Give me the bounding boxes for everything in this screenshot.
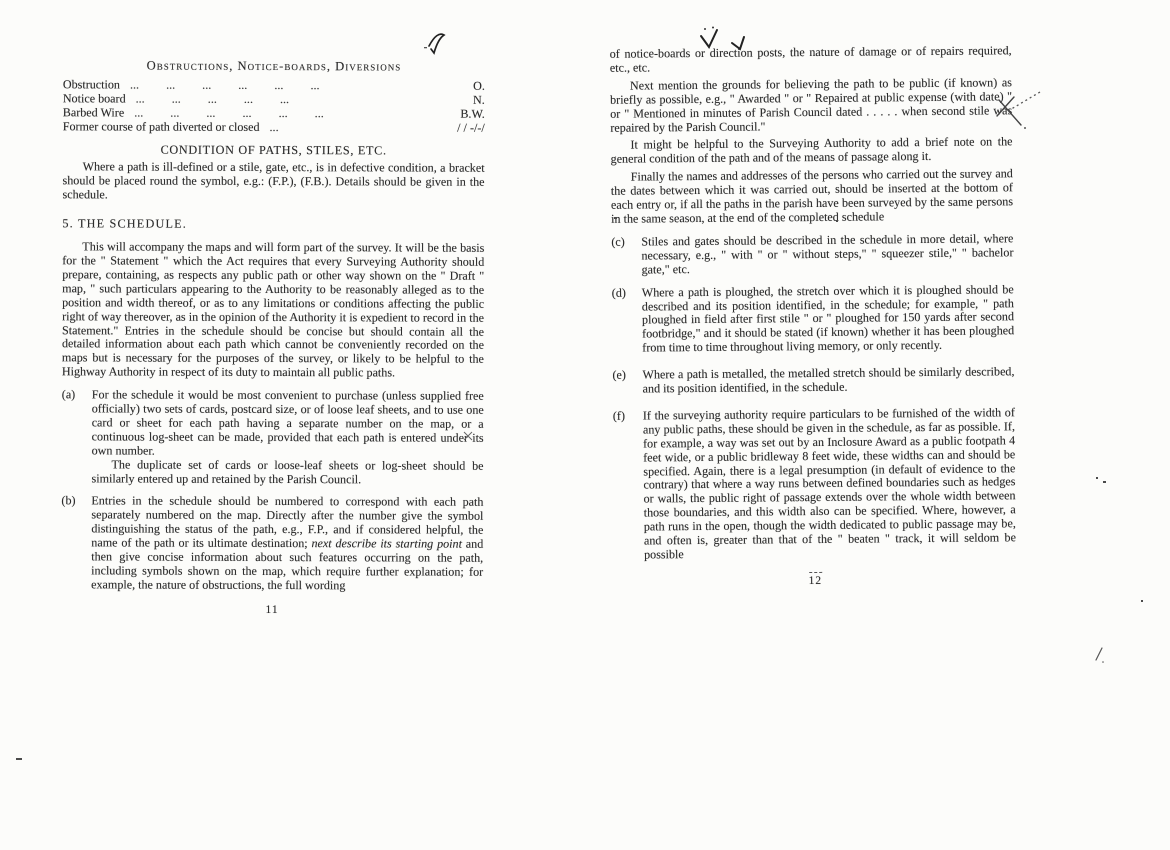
list-item-d: (d) Where a path is ploughed, the stretc… bbox=[612, 283, 1015, 356]
pencil-dash-mark bbox=[809, 572, 822, 573]
item-body: Entries in the schedule should be number… bbox=[91, 495, 483, 594]
dot-leader: ... ... ... ... ... bbox=[126, 92, 439, 107]
symbol-table: Obstruction ... ... ... ... ... ... O. N… bbox=[63, 78, 485, 135]
list-item-b: (b) Entries in the schedule should be nu… bbox=[61, 495, 483, 594]
item-e-paragraph: Where a path is metalled, the metalled s… bbox=[642, 365, 1014, 396]
pencil-x-small-mark bbox=[462, 430, 474, 442]
item-label: (c) bbox=[611, 235, 641, 277]
item-f-paragraph: If the surveying authority require parti… bbox=[643, 406, 1016, 562]
obstructions-heading: Obstructions, Notice-boards, Diversions bbox=[63, 59, 485, 74]
item-label: (f) bbox=[613, 409, 644, 562]
scan-speck bbox=[1096, 477, 1098, 479]
list-item-f: (f) If the surveying authority require p… bbox=[613, 406, 1016, 562]
helpful-note-paragraph: It might be helpful to the Surveying Aut… bbox=[610, 136, 1012, 167]
symbol-row-label: Former course of path diverted or closed bbox=[63, 120, 260, 135]
symbol-row-label: Barbed Wire bbox=[63, 106, 124, 120]
condition-heading: CONDITION OF PATHS, STILES, ETC. bbox=[63, 143, 485, 158]
list-item-e: (e) Where a path is metalled, the metall… bbox=[612, 365, 1014, 396]
table-row: Obstruction ... ... ... ... ... ... O. bbox=[63, 78, 485, 93]
list-item-c: (c) Stiles and gates should be described… bbox=[611, 232, 1013, 277]
dot-leader: ... ... ... ... ... ... bbox=[120, 78, 439, 93]
scan-speck bbox=[1103, 481, 1106, 483]
next-mention-paragraph: Next mention the grounds for believing t… bbox=[610, 76, 1012, 135]
page-number-right: 12 bbox=[614, 570, 1016, 590]
item-label: (a) bbox=[61, 388, 91, 485]
right-page: of notice-boards or direction posts, the… bbox=[610, 44, 1017, 590]
symbol-row-value: B.W. bbox=[439, 107, 485, 121]
item-b-italic-phrase: next describe its starting point bbox=[311, 536, 461, 551]
continuation-paragraph: of notice-boards or direction posts, the… bbox=[610, 44, 1012, 75]
finally-paragraph: Finally the names and addresses of the p… bbox=[611, 168, 1013, 227]
symbol-row-value: N. bbox=[439, 93, 485, 107]
item-label: (e) bbox=[612, 369, 642, 397]
left-page: Obstructions, Notice-boards, Diversions … bbox=[61, 59, 485, 618]
item-body: For the schedule it would be most conven… bbox=[91, 388, 483, 487]
page-number-left: 11 bbox=[61, 603, 483, 618]
dot-leader: ... bbox=[260, 121, 439, 136]
symbol-row-value: / / -/-/ bbox=[439, 121, 485, 135]
pencil-slash-mark bbox=[1092, 646, 1106, 664]
item-a-paragraph-2: The duplicate set of cards or loose-leaf… bbox=[91, 458, 483, 487]
scan-speck bbox=[16, 758, 22, 760]
item-label: (b) bbox=[61, 495, 91, 592]
table-row: Former course of path diverted or closed… bbox=[63, 120, 485, 135]
pencil-x-margin-mark bbox=[992, 86, 1044, 134]
symbol-row-value: O. bbox=[439, 79, 485, 93]
symbol-row-label: Notice board bbox=[63, 92, 126, 106]
scan-speck bbox=[614, 217, 617, 219]
schedule-section-heading: 5. THE SCHEDULE. bbox=[62, 217, 484, 232]
scanned-document-page: { "left_page": { "obstruction_heading": … bbox=[0, 0, 1170, 850]
item-a-paragraph-1: For the schedule it would be most conven… bbox=[92, 388, 484, 459]
list-item-a: (a) For the schedule it would be most co… bbox=[61, 388, 483, 487]
pen-squiggle-mark-left bbox=[424, 28, 452, 58]
scan-speck bbox=[836, 220, 838, 222]
item-c-paragraph: Stiles and gates should be described in … bbox=[641, 232, 1013, 277]
item-b-paragraph: Entries in the schedule should be number… bbox=[91, 495, 483, 594]
schedule-intro-paragraph: This will accompany the maps and will fo… bbox=[62, 240, 484, 381]
condition-paragraph: Where a path is ill-defined or a stile, … bbox=[62, 161, 484, 204]
item-d-paragraph: Where a path is ploughed, the stretch ov… bbox=[642, 283, 1015, 356]
table-row: Notice board ... ... ... ... ... N. bbox=[63, 92, 485, 107]
item-label: (d) bbox=[612, 286, 643, 356]
pen-check-marks-right bbox=[694, 26, 750, 54]
symbol-row-label: Obstruction bbox=[63, 78, 120, 92]
scan-speck bbox=[1141, 600, 1143, 602]
